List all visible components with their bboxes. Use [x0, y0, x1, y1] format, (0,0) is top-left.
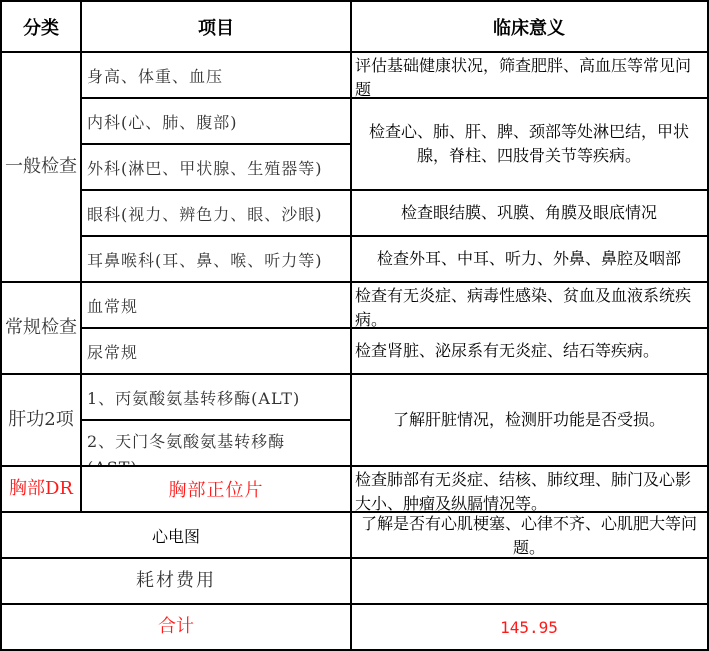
meaning-liver-function: 了解肝脏情况，检测肝功能是否受损。 — [351, 374, 707, 466]
meaning-ent: 检查外耳、中耳、听力、外鼻、鼻腔及咽部 — [351, 236, 707, 282]
divider — [0, 511, 709, 513]
item-height-weight-bp: 身高、体重、血压 — [81, 52, 351, 98]
total-label: 合计 — [1, 604, 351, 650]
meaning-ecg: 了解是否有心肌梗塞、心律不齐、心肌肥大等问题。 — [351, 512, 707, 558]
divider — [0, 281, 709, 283]
divider — [350, 0, 352, 651]
header-category: 分类 — [1, 1, 81, 52]
meaning-height-weight-bp: 评估基础健康状况，筛查肥胖、高血压等常见问题 — [351, 52, 707, 98]
header-meaning: 临床意义 — [351, 1, 707, 52]
divider — [80, 0, 82, 513]
meaning-ophthalmology: 检查眼结膜、巩膜、角膜及眼底情况 — [351, 190, 707, 236]
meaning-internal-surgery: 检查心、肺、肝、脾、颈部等处淋巴结，甲状腺，脊柱、四肢骨关节等疾病。 — [351, 98, 707, 190]
divider — [0, 465, 709, 467]
item-chest-xray: 胸部正位片 — [81, 466, 351, 512]
item-alt: 1、丙氨酸氨基转移酶(ALT) — [81, 374, 351, 420]
divider — [0, 373, 709, 375]
divider — [80, 143, 352, 145]
item-ast: 2、天门冬氨酸氨基转移酶(AST) — [81, 420, 351, 466]
category-general-exam: 一般检查 — [4, 52, 78, 282]
exam-items-table: 分类 项目 临床意义 一般检查 身高、体重、血压 评估基础健康状况，筛查肥胖、高… — [0, 0, 709, 651]
item-ent: 耳鼻喉科(耳、鼻、喉、听力等) — [81, 236, 351, 282]
divider — [80, 235, 709, 237]
total-value: 145.95 — [351, 604, 707, 650]
divider — [80, 419, 352, 421]
divider — [0, 51, 709, 53]
item-consumables: 耗材费用 — [1, 558, 351, 604]
item-surgery: 外科(淋巴、甲状腺、生殖器等) — [81, 144, 351, 190]
header-item: 项目 — [81, 1, 351, 52]
item-urine-routine: 尿常规 — [81, 328, 351, 374]
border-left — [0, 0, 2, 651]
meaning-blood-routine: 检查有无炎症、病毒性感染、贫血及血液系统疾病。 — [351, 282, 707, 328]
divider — [0, 603, 709, 605]
item-blood-routine: 血常规 — [81, 282, 351, 328]
category-routine-exam: 常规检查 — [4, 282, 78, 374]
meaning-urine-routine: 检查肾脏、泌尿系有无炎症、结石等疾病。 — [351, 328, 707, 374]
item-internal-medicine: 内科(心、肺、腹部) — [81, 98, 351, 144]
divider — [0, 557, 709, 559]
meaning-chest-xray: 检查肺部有无炎症、结核、肺纹理、肺门及心影大小、肿瘤及纵膈情况等。 — [351, 466, 707, 512]
category-liver-function: 肝功2项 — [1, 374, 81, 466]
meaning-consumables — [351, 558, 707, 604]
item-ecg: 心电图 — [1, 512, 351, 558]
divider — [80, 189, 709, 191]
item-ophthalmology: 眼科(视力、辨色力、眼、沙眼) — [81, 190, 351, 236]
border-top — [0, 0, 709, 2]
category-chest-dr: 胸部DR — [1, 466, 81, 512]
divider — [80, 327, 709, 329]
divider — [80, 97, 709, 99]
